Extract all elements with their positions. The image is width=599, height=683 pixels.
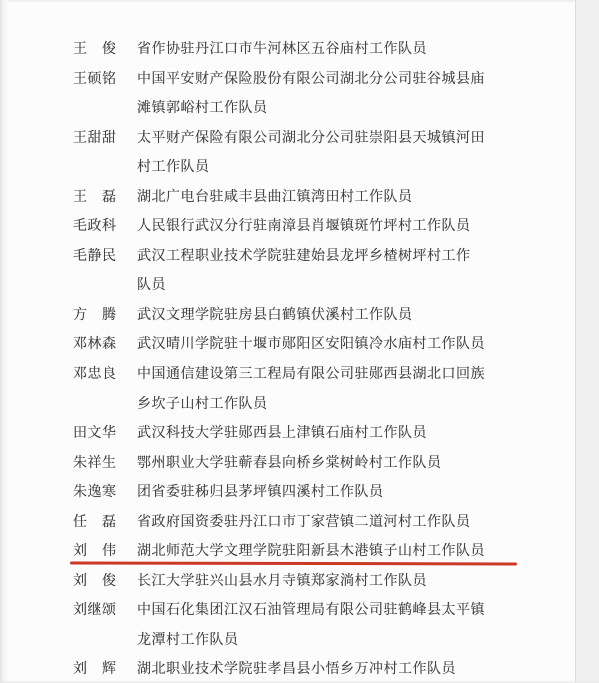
list-item: 方 腾武汉文理学院驻房县白鹤镇伏溪村工作队员 — [73, 301, 533, 331]
scan-edge-left — [0, 0, 8, 683]
member-list: 王 俊省作协驻丹江口市牛河林区五谷庙村工作队员王硕铭中国平安财产保险股份有限公司… — [73, 35, 533, 683]
assignment-line: 湖北职业技术学院驻孝昌县小悟乡万冲村工作队员 — [137, 655, 491, 683]
member-name: 刘 俊 — [73, 567, 137, 597]
assignment-line: 湖北广电台驻咸丰县曲江镇湾田村工作队员 — [137, 183, 491, 213]
red-underline-highlight — [70, 561, 517, 565]
member-assignment: 长江大学驻兴山县水月寺镇郑家淌村工作队员 — [137, 567, 491, 597]
assignment-line: 中国石化集团江汉石油管理局有限公司驻鹤峰县太平镇 — [137, 596, 491, 626]
assignment-line: 武汉文理学院驻房县白鹤镇伏溪村工作队员 — [137, 301, 491, 331]
list-item: 刘 伟湖北师范大学文理学院驻阳新县木港镇子山村工作队员 — [73, 537, 533, 567]
list-item: 王硕铭中国平安财产保险股份有限公司湖北分公司驻谷城县庙滩镇郭峪村工作队员 — [73, 65, 533, 124]
member-assignment: 人民银行武汉分行驻南漳县肖堰镇斑竹坪村工作队员 — [137, 212, 491, 242]
list-item: 王甜甜太平财产保险有限公司湖北分公司驻崇阳县天城镇河田村工作队员 — [73, 124, 533, 183]
assignment-line: 人民银行武汉分行驻南漳县肖堰镇斑竹坪村工作队员 — [137, 212, 491, 242]
member-assignment: 中国石化集团江汉石油管理局有限公司驻鹤峰县太平镇龙潭村工作队员 — [137, 596, 491, 655]
assignment-line: 中国平安财产保险股份有限公司湖北分公司驻谷城县庙 — [137, 65, 491, 95]
list-item: 朱逸寒团省委驻秭归县茅坪镇四溪村工作队员 — [73, 478, 533, 508]
assignment-line: 龙潭村工作队员 — [137, 626, 491, 656]
list-item: 田文华武汉科技大学驻郧西县上津镇石庙村工作队员 — [73, 419, 533, 449]
member-assignment: 武汉科技大学驻郧西县上津镇石庙村工作队员 — [137, 419, 491, 449]
member-name: 邓林森 — [73, 330, 137, 360]
member-name: 刘继颂 — [73, 596, 137, 626]
assignment-line: 滩镇郭峪村工作队员 — [137, 94, 491, 124]
assignment-line: 武汉科技大学驻郧西县上津镇石庙村工作队员 — [137, 419, 491, 449]
scan-edge-right — [575, 0, 599, 683]
document-page: 王 俊省作协驻丹江口市牛河林区五谷庙村工作队员王硕铭中国平安财产保险股份有限公司… — [0, 0, 599, 683]
member-name: 毛政科 — [73, 212, 137, 242]
scan-edge-top — [0, 0, 599, 3]
member-assignment: 团省委驻秭归县茅坪镇四溪村工作队员 — [137, 478, 491, 508]
list-item: 刘 辉湖北职业技术学院驻孝昌县小悟乡万冲村工作队员 — [73, 655, 533, 683]
member-name: 毛静民 — [73, 242, 137, 272]
member-name: 王 俊 — [73, 35, 137, 65]
assignment-line: 村工作队员 — [137, 153, 491, 183]
assignment-line: 团省委驻秭归县茅坪镇四溪村工作队员 — [137, 478, 491, 508]
list-item: 朱祥生鄂州职业大学驻蕲春县向桥乡棠树岭村工作队员 — [73, 449, 533, 479]
member-name: 刘 辉 — [73, 655, 137, 683]
member-assignment: 鄂州职业大学驻蕲春县向桥乡棠树岭村工作队员 — [137, 449, 491, 479]
member-name: 王硕铭 — [73, 65, 137, 95]
member-assignment: 省作协驻丹江口市牛河林区五谷庙村工作队员 — [137, 35, 491, 65]
member-name: 方 腾 — [73, 301, 137, 331]
member-name: 任 磊 — [73, 508, 137, 538]
list-item: 刘 俊长江大学驻兴山县水月寺镇郑家淌村工作队员 — [73, 567, 533, 597]
list-item: 毛静民武汉工程职业技术学院驻建始县龙坪乡楂树坪村工作队员 — [73, 242, 533, 301]
assignment-line: 省政府国资委驻丹江口市丁家营镇二道河村工作队员 — [137, 508, 491, 538]
assignment-line: 鄂州职业大学驻蕲春县向桥乡棠树岭村工作队员 — [137, 449, 491, 479]
list-item: 刘继颂中国石化集团江汉石油管理局有限公司驻鹤峰县太平镇龙潭村工作队员 — [73, 596, 533, 655]
member-assignment: 武汉文理学院驻房县白鹤镇伏溪村工作队员 — [137, 301, 491, 331]
member-assignment: 中国通信建设第三工程局有限公司驻郧西县湖北口回族乡坎子山村工作队员 — [137, 360, 491, 419]
assignment-line: 太平财产保险有限公司湖北分公司驻崇阳县天城镇河田 — [137, 124, 491, 154]
member-name: 朱逸寒 — [73, 478, 137, 508]
member-name: 田文华 — [73, 419, 137, 449]
assignment-line: 省作协驻丹江口市牛河林区五谷庙村工作队员 — [137, 35, 491, 65]
member-assignment: 省政府国资委驻丹江口市丁家营镇二道河村工作队员 — [137, 508, 491, 538]
list-item: 王 磊湖北广电台驻咸丰县曲江镇湾田村工作队员 — [73, 183, 533, 213]
member-name: 王 磊 — [73, 183, 137, 213]
member-assignment: 武汉晴川学院驻十堰市郧阳区安阳镇冷水庙村工作队员 — [137, 330, 491, 360]
member-name: 朱祥生 — [73, 449, 137, 479]
member-name: 邓忠良 — [73, 360, 137, 390]
member-assignment: 湖北广电台驻咸丰县曲江镇湾田村工作队员 — [137, 183, 491, 213]
assignment-line: 队员 — [137, 271, 491, 301]
assignment-line: 中国通信建设第三工程局有限公司驻郧西县湖北口回族 — [137, 360, 491, 390]
list-item: 任 磊省政府国资委驻丹江口市丁家营镇二道河村工作队员 — [73, 508, 533, 538]
member-assignment: 中国平安财产保险股份有限公司湖北分公司驻谷城县庙滩镇郭峪村工作队员 — [137, 65, 491, 124]
list-item: 邓忠良中国通信建设第三工程局有限公司驻郧西县湖北口回族乡坎子山村工作队员 — [73, 360, 533, 419]
assignment-line: 武汉晴川学院驻十堰市郧阳区安阳镇冷水庙村工作队员 — [137, 330, 491, 360]
list-item: 毛政科人民银行武汉分行驻南漳县肖堰镇斑竹坪村工作队员 — [73, 212, 533, 242]
assignment-line: 长江大学驻兴山县水月寺镇郑家淌村工作队员 — [137, 567, 491, 597]
member-assignment: 太平财产保险有限公司湖北分公司驻崇阳县天城镇河田村工作队员 — [137, 124, 491, 183]
assignment-line: 武汉工程职业技术学院驻建始县龙坪乡楂树坪村工作 — [137, 242, 491, 272]
member-assignment: 湖北职业技术学院驻孝昌县小悟乡万冲村工作队员 — [137, 655, 491, 683]
list-item: 邓林森武汉晴川学院驻十堰市郧阳区安阳镇冷水庙村工作队员 — [73, 330, 533, 360]
member-name: 王甜甜 — [73, 124, 137, 154]
list-item: 王 俊省作协驻丹江口市牛河林区五谷庙村工作队员 — [73, 35, 533, 65]
assignment-line: 乡坎子山村工作队员 — [137, 390, 491, 420]
member-assignment: 武汉工程职业技术学院驻建始县龙坪乡楂树坪村工作队员 — [137, 242, 491, 301]
